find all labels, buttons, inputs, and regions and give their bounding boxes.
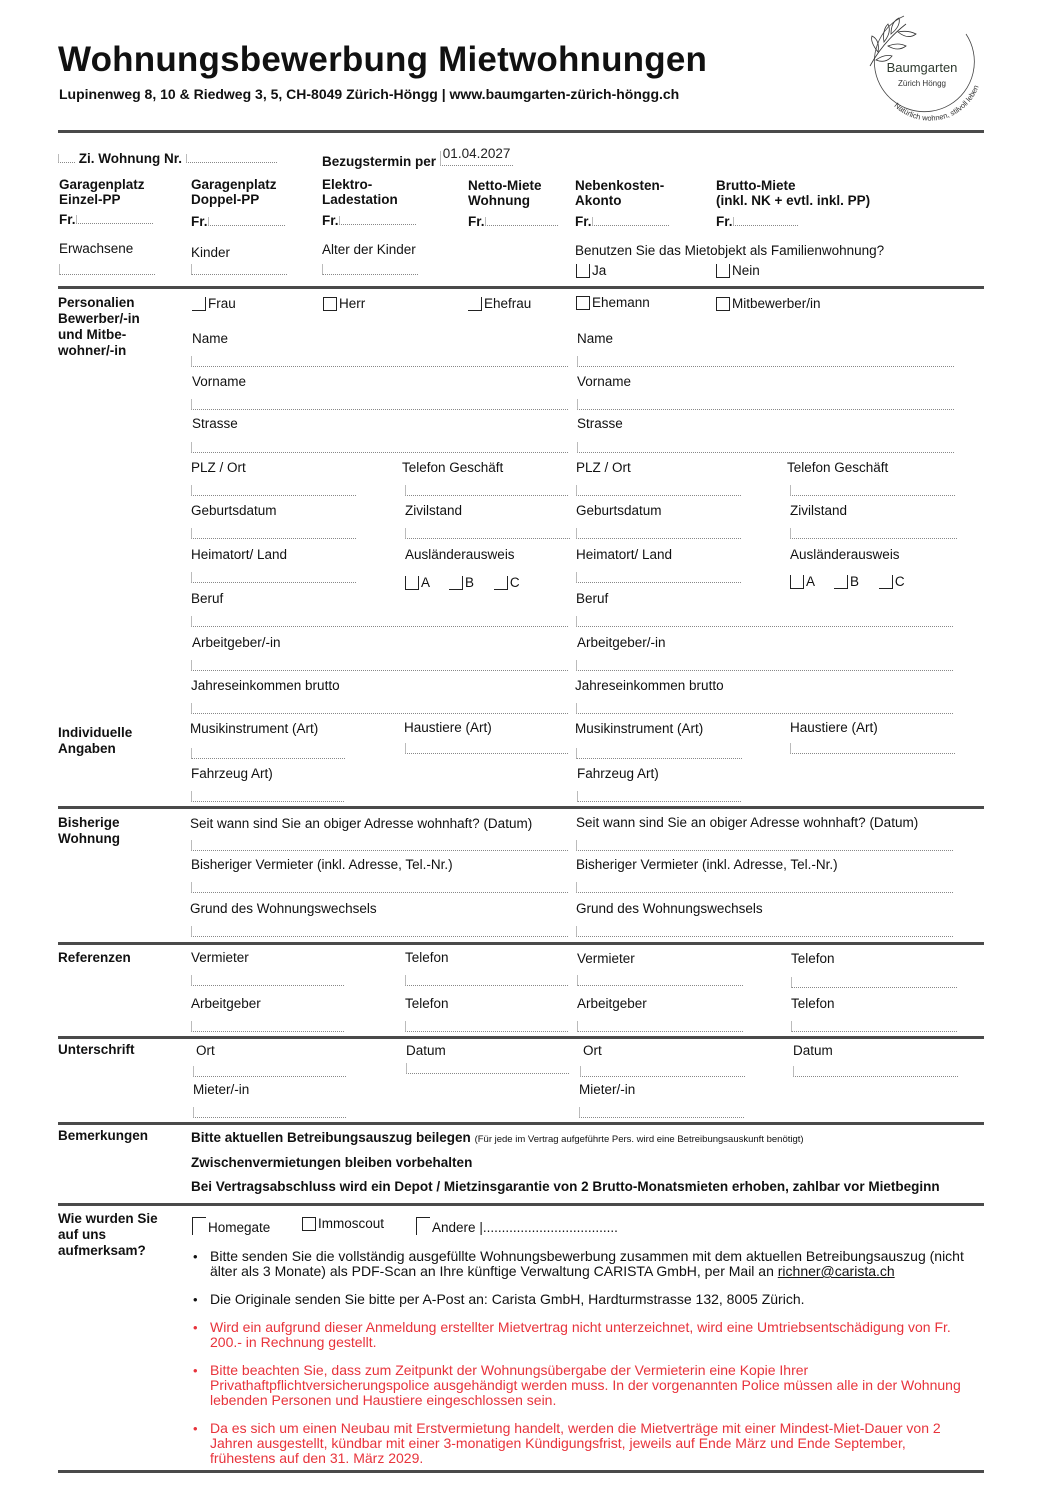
checkbox[interactable] — [879, 575, 893, 589]
jahreseinkommen-label: Jahreseinkommen brutto — [191, 678, 340, 693]
price-netto: Netto-Miete Wohnung Fr. — [468, 178, 568, 229]
ausweis-a-option[interactable]: A — [405, 575, 429, 590]
musikinstrument-label: Musikinstrument (Art) — [575, 721, 703, 736]
heimatort-label: Heimatort/ Land — [576, 547, 672, 562]
checkbox[interactable] — [468, 297, 482, 311]
currency-prefix: Fr. — [191, 214, 208, 229]
auslaenderausweis-label: Ausländerausweis — [405, 547, 515, 562]
plz-ort-input-1[interactable] — [191, 485, 356, 496]
option-label: Nein — [732, 263, 760, 278]
section-referenzen: Referenzen — [58, 950, 131, 966]
divider — [58, 286, 984, 289]
price-label: (inkl. NK + evtl. inkl. PP) — [716, 193, 936, 208]
strasse-label: Strasse — [577, 416, 623, 431]
heimatort-input-1[interactable] — [191, 572, 356, 583]
name-label: Name — [577, 331, 613, 346]
ref-telefon-input-2[interactable] — [791, 977, 957, 988]
beruf-label: Beruf — [191, 591, 223, 606]
brutto-input[interactable] — [733, 217, 798, 226]
seit-wann-input-2[interactable] — [576, 840, 953, 851]
arbeitgeber-input-1[interactable] — [191, 660, 568, 671]
jahreseinkommen-input-1[interactable] — [191, 703, 568, 714]
kinder-input[interactable] — [191, 264, 287, 275]
svg-text:Natürlich wohnen, stilvoll leb: Natürlich wohnen, stilvoll leben — [893, 84, 981, 122]
section-bemerkungen: Bemerkungen — [58, 1128, 148, 1144]
grund-label: Grund des Wohnungswechsels — [190, 901, 377, 916]
bisheriger-vermieter-input-1[interactable] — [191, 882, 568, 893]
divider — [58, 130, 984, 133]
option-label: Andere — [432, 1220, 476, 1235]
checkbox[interactable] — [716, 297, 730, 311]
vorname-label: Vorname — [577, 374, 631, 389]
ausweis-c-option[interactable]: C — [879, 574, 905, 589]
address-line: Lupinenweg 8, 10 & Riedweg 3, 5, CH-8049… — [59, 86, 679, 102]
price-elektro: Elektro- Ladestation Fr. — [322, 177, 422, 228]
currency-prefix: Fr. — [716, 214, 733, 229]
familie-question: Benutzen Sie das Mietobjekt als Familien… — [575, 243, 884, 258]
netto-input[interactable] — [485, 217, 558, 226]
price-label: Netto-Miete — [468, 178, 568, 193]
haustiere-input-1[interactable] — [405, 743, 568, 754]
haustiere-input-2[interactable] — [790, 743, 955, 754]
grund-input-2[interactable] — [576, 926, 953, 937]
ref-vermieter-label: Vermieter — [191, 950, 249, 965]
ort-label: Ort — [196, 1043, 215, 1058]
zivilstand-label: Zivilstand — [790, 503, 847, 518]
arbeitgeber-label: Arbeitgeber/-in — [577, 635, 666, 650]
price-label: Akonto — [575, 193, 695, 208]
ort-label: Ort — [583, 1043, 602, 1058]
checkbox[interactable] — [416, 1217, 430, 1235]
telefon-geschaeft-label: Telefon Geschäft — [787, 460, 888, 475]
option-label: Homegate — [208, 1220, 270, 1235]
option-frau[interactable]: Frau — [192, 296, 236, 311]
divider — [58, 806, 984, 809]
garage-einzel-input[interactable] — [76, 215, 153, 224]
ausweis-b-option[interactable]: B — [834, 574, 859, 589]
familie-ja-option[interactable]: Ja — [576, 263, 606, 278]
note-item: Die Originale senden Sie bitte per A-Pos… — [188, 1292, 968, 1307]
option-label: A — [806, 574, 814, 589]
option-ehefrau[interactable]: Ehefrau — [468, 296, 531, 311]
bisheriger-vermieter-input-2[interactable] — [576, 882, 953, 893]
bemerkung-betreibung: Bitte aktuellen Betreibungsauszug beileg… — [191, 1130, 804, 1145]
currency-prefix: Fr. — [322, 213, 339, 228]
datum-label: Datum — [406, 1043, 446, 1058]
bisheriger-vermieter-label: Bisheriger Vermieter (inkl. Adresse, Tel… — [191, 857, 453, 872]
beruf-label: Beruf — [576, 591, 608, 606]
option-label: C — [510, 575, 520, 590]
price-label: Garagenplatz — [191, 177, 291, 192]
plz-ort-label: PLZ / Ort — [576, 460, 631, 475]
fahrzeug-label: Fahrzeug Art) — [191, 766, 273, 781]
ausweis-options-1: A B C — [405, 575, 520, 590]
ort-input-1[interactable] — [193, 1066, 346, 1077]
bezugstermin-input[interactable]: 01.04.2027 — [440, 151, 513, 166]
ref-arbeitgeber-input-1[interactable] — [191, 1021, 344, 1032]
wohnung-nr-input[interactable] — [186, 154, 277, 163]
ref-telefon-label: Telefon — [405, 996, 449, 1011]
logo-place: Zürich Höngg — [898, 79, 946, 88]
strasse-input-2[interactable] — [577, 442, 954, 453]
note-item: Bitte senden Sie die vollständig ausgefü… — [188, 1249, 968, 1279]
price-label: Brutto-Miete — [716, 178, 936, 193]
bisheriger-vermieter-label: Bisheriger Vermieter (inkl. Adresse, Tel… — [576, 857, 838, 872]
arbeitgeber-label: Arbeitgeber/-in — [192, 635, 281, 650]
ref-telefon-input-1[interactable] — [405, 975, 568, 986]
ref-vermieter-label: Vermieter — [577, 951, 635, 966]
ref-arbeitgeber-label: Arbeitgeber — [577, 996, 647, 1011]
bemerkung-zwischenvermietung: Zwischenvermietungen bleiben vorbehalten — [191, 1155, 472, 1170]
warning-item: Bitte beachten Sie, dass zum Zeitpunkt d… — [188, 1363, 968, 1408]
vorname-input-2[interactable] — [577, 399, 954, 410]
divider — [58, 942, 984, 945]
currency-prefix: Fr. — [575, 214, 592, 229]
datum-input-1[interactable] — [406, 1063, 569, 1074]
quelle-andere-option[interactable]: Andere |................................… — [416, 1217, 618, 1235]
ausweis-a-option[interactable]: A — [790, 574, 814, 589]
ausweis-options-2: A B C — [790, 574, 905, 589]
kinder-label: Kinder — [191, 245, 230, 260]
haustiere-label: Haustiere (Art) — [404, 720, 492, 735]
ref-arbeitgeber-input-2[interactable] — [577, 1021, 743, 1032]
ausweis-c-option[interactable]: C — [494, 575, 520, 590]
checkbox[interactable] — [716, 264, 730, 278]
name-input-1[interactable] — [191, 356, 568, 367]
divider — [58, 1036, 984, 1039]
bezugstermin-row: Bezugstermin per 01.04.2027 — [322, 151, 513, 169]
baumgarten-logo: Baumgarten Zürich Höngg Natürlich wohnen… — [858, 2, 986, 122]
strasse-input-1[interactable] — [191, 442, 568, 453]
musikinstrument-input-2[interactable] — [576, 748, 742, 759]
checkbox[interactable] — [449, 576, 463, 590]
option-label: Ja — [592, 263, 606, 278]
quelle-immoscout-option[interactable]: Immoscout — [302, 1216, 384, 1231]
option-label: Frau — [208, 296, 236, 311]
ref-telefon2-input-1[interactable] — [405, 1021, 568, 1032]
warning-item: Da es sich um einen Neubau mit Erstvermi… — [188, 1421, 968, 1466]
quelle-homegate-option[interactable]: Homegate — [192, 1217, 270, 1235]
section-unterschrift: Unterschrift — [58, 1042, 135, 1058]
logo-tagline: Natürlich wohnen, stilvoll leben — [893, 84, 981, 122]
price-label: Elektro- — [322, 177, 422, 192]
currency-prefix: Fr. — [468, 214, 485, 229]
zivilstand-input-2[interactable] — [790, 528, 957, 539]
mieter-signature-label: Mieter/-in — [193, 1082, 249, 1097]
mieter-signature-input-2[interactable] — [579, 1107, 744, 1118]
option-mitbewerber[interactable]: Mitbewerber/in — [716, 296, 821, 311]
heimatort-label: Heimatort/ Land — [191, 547, 287, 562]
geburtsdatum-label: Geburtsdatum — [191, 503, 277, 518]
zivilstand-input-1[interactable] — [405, 528, 570, 539]
vorname-input-1[interactable] — [191, 399, 568, 410]
checkbox[interactable] — [834, 575, 848, 589]
checkbox[interactable] — [790, 575, 804, 589]
checkbox[interactable] — [302, 1217, 316, 1231]
elektro-input[interactable] — [339, 216, 416, 225]
ref-telefon-label: Telefon — [405, 950, 449, 965]
price-label: Doppel-PP — [191, 192, 291, 207]
ref-telefon-label: Telefon — [791, 951, 835, 966]
strasse-label: Strasse — [192, 416, 238, 431]
ref-telefon-label: Telefon — [791, 996, 835, 1011]
logo-name: Baumgarten — [887, 60, 958, 75]
datum-input-2[interactable] — [793, 1066, 958, 1077]
option-herr[interactable]: Herr — [323, 296, 365, 311]
ref-vermieter-input-1[interactable] — [191, 975, 344, 986]
bemerkung-bold: Bitte aktuellen Betreibungsauszug beileg… — [191, 1130, 471, 1145]
notes-list: Bitte senden Sie die vollständig ausgefü… — [188, 1249, 968, 1479]
grund-label: Grund des Wohnungswechsels — [576, 901, 763, 916]
checkbox[interactable] — [405, 576, 419, 590]
price-label: Einzel-PP — [59, 192, 159, 207]
checkbox[interactable] — [192, 297, 206, 311]
option-label: Herr — [339, 296, 365, 311]
zivilstand-label: Zivilstand — [405, 503, 462, 518]
beruf-input-1[interactable] — [191, 616, 568, 627]
arbeitgeber-input-2[interactable] — [576, 660, 953, 671]
divider — [58, 1203, 984, 1206]
page-title: Wohnungsbewerbung Mietwohnungen — [58, 40, 707, 80]
auslaenderausweis-label: Ausländerausweis — [790, 547, 900, 562]
andere-input[interactable]: |.................................... — [479, 1220, 618, 1235]
option-label: A — [421, 575, 429, 590]
telefon-geschaeft-input-1[interactable] — [405, 485, 568, 496]
mieter-signature-input-1[interactable] — [193, 1107, 346, 1118]
zi-wohnung-label: Zi. Wohnung Nr. — [79, 151, 182, 166]
warning-item: Wird ein aufgrund dieser Anmeldung erste… — [188, 1320, 968, 1350]
currency-prefix: Fr. — [59, 212, 76, 227]
musikinstrument-label: Musikinstrument (Art) — [190, 721, 318, 736]
price-label: Ladestation — [322, 192, 422, 207]
name-label: Name — [192, 331, 228, 346]
checkbox[interactable] — [576, 296, 590, 310]
garage-doppel-input[interactable] — [208, 217, 285, 226]
zi-wohnung-row: Zi. Wohnung Nr. — [58, 151, 277, 166]
checkbox[interactable] — [192, 1217, 206, 1235]
beruf-input-2[interactable] — [576, 616, 953, 627]
leaf-branch-icon: Baumgarten Zürich Höngg Natürlich wohnen… — [858, 2, 986, 122]
option-label: Ehefrau — [484, 296, 531, 311]
mieter-signature-label: Mieter/-in — [579, 1082, 635, 1097]
section-individuell: Individuelle Angaben — [58, 725, 168, 757]
nebenkosten-input[interactable] — [592, 217, 669, 226]
divider — [58, 1122, 984, 1125]
price-brutto: Brutto-Miete (inkl. NK + evtl. inkl. PP)… — [716, 178, 936, 229]
fahrzeug-input-1[interactable] — [191, 791, 344, 802]
option-label: Mitbewerber/in — [732, 296, 821, 311]
option-label: C — [895, 574, 905, 589]
ort-input-2[interactable] — [580, 1066, 745, 1077]
option-label: Ehemann — [592, 295, 650, 310]
musikinstrument-input-1[interactable] — [191, 748, 345, 759]
geburtsdatum-input-2[interactable] — [576, 528, 741, 539]
bezugstermin-label: Bezugstermin per — [322, 154, 436, 169]
name-input-2[interactable] — [577, 356, 954, 367]
price-label: Nebenkosten- — [575, 178, 695, 193]
geburtsdatum-label: Geburtsdatum — [576, 503, 662, 518]
fahrzeug-label: Fahrzeug Art) — [577, 766, 659, 781]
option-label: B — [465, 575, 474, 590]
ref-vermieter-input-2[interactable] — [577, 975, 743, 986]
erwachsene-input[interactable] — [59, 264, 155, 275]
familie-nein-option[interactable]: Nein — [716, 263, 760, 278]
seit-wann-input-1[interactable] — [191, 840, 568, 851]
plz-ort-label: PLZ / Ort — [191, 460, 246, 475]
bemerkung-depot: Bei Vertragsabschluss wird ein Depot / M… — [191, 1179, 940, 1194]
alter-kinder-input[interactable] — [322, 264, 418, 275]
plz-ort-input-2[interactable] — [576, 485, 741, 496]
heimatort-input-2[interactable] — [576, 572, 741, 583]
seit-wann-label: Seit wann sind Sie an obiger Adresse woh… — [190, 816, 532, 831]
price-garage-einzel: Garagenplatz Einzel-PP Fr. — [59, 177, 159, 227]
alter-kinder-label: Alter der Kinder — [322, 242, 416, 257]
grund-input-1[interactable] — [191, 926, 568, 937]
checkbox[interactable] — [323, 297, 337, 311]
bezugstermin-value: 01.04.2027 — [443, 146, 511, 161]
geburtsdatum-input-1[interactable] — [191, 528, 356, 539]
price-label: Garagenplatz — [59, 177, 159, 192]
divider — [58, 1470, 984, 1473]
checkbox[interactable] — [494, 576, 508, 590]
option-ehemann[interactable]: Ehemann — [576, 295, 650, 310]
section-bisherige-wohnung: Bisherige Wohnung — [58, 815, 168, 847]
jahreseinkommen-label: Jahreseinkommen brutto — [575, 678, 724, 693]
price-nebenkosten: Nebenkosten- Akonto Fr. — [575, 178, 695, 229]
jahreseinkommen-input-2[interactable] — [576, 703, 953, 714]
section-personalien: Personalien Bewerber/-in und Mitbe- wohn… — [58, 295, 168, 359]
price-garage-doppel: Garagenplatz Doppel-PP Fr. — [191, 177, 291, 229]
price-label: Wohnung — [468, 193, 568, 208]
ref-arbeitgeber-label: Arbeitgeber — [191, 996, 261, 1011]
option-label: Immoscout — [318, 1216, 384, 1231]
fahrzeug-input-2[interactable] — [577, 791, 741, 802]
ausweis-b-option[interactable]: B — [449, 575, 474, 590]
email-link[interactable]: richner@carista.ch — [778, 1263, 895, 1279]
zimmer-count-input[interactable] — [58, 154, 75, 163]
bemerkung-small: (Für jede im Vertrag aufgeführte Pers. w… — [475, 1134, 804, 1145]
option-label: B — [850, 574, 859, 589]
section-quelle: Wie wurden Sie auf uns aufmerksam? — [58, 1211, 168, 1259]
checkbox[interactable] — [576, 264, 590, 278]
ref-telefon2-input-2[interactable] — [791, 1021, 957, 1032]
telefon-geschaeft-label: Telefon Geschäft — [402, 460, 503, 475]
haustiere-label: Haustiere (Art) — [790, 720, 878, 735]
telefon-geschaeft-input-2[interactable] — [790, 485, 955, 496]
erwachsene-label: Erwachsene — [59, 241, 133, 256]
seit-wann-label: Seit wann sind Sie an obiger Adresse woh… — [576, 815, 918, 830]
vorname-label: Vorname — [192, 374, 246, 389]
datum-label: Datum — [793, 1043, 833, 1058]
